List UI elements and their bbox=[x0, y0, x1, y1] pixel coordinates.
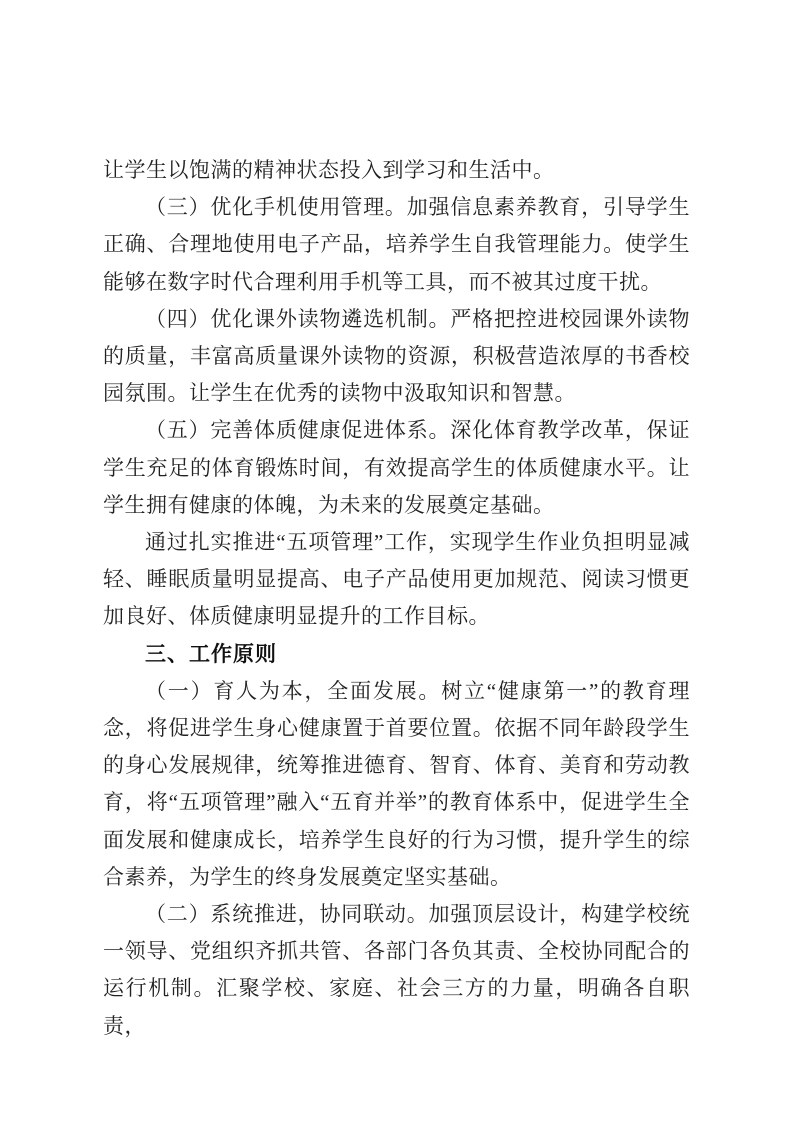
body-paragraph: （四）优化课外读物遴选机制。严格把控进校园课外读物的质量，丰富高质量课外读物的资… bbox=[103, 301, 690, 413]
body-paragraph: （一）育人为本，全面发展。树立“健康第一”的教育理念，将促进学生身心健康置于首要… bbox=[103, 673, 690, 896]
body-paragraph: 通过扎实推进“五项管理”工作，实现学生作业负担明显减轻、睡眠质量明显提高、电子产… bbox=[103, 524, 690, 636]
body-paragraph: （五）完善体质健康促进体系。深化体育教学改革，保证学生充足的体育锻炼时间，有效提… bbox=[103, 412, 690, 524]
section-heading: 三、工作原则 bbox=[103, 636, 690, 673]
body-paragraph: （三）优化手机使用管理。加强信息素养教育，引导学生正确、合理地使用电子产品，培养… bbox=[103, 189, 690, 301]
body-paragraph: 让学生以饱满的精神状态投入到学习和生活中。 bbox=[103, 152, 690, 189]
document-text-block: 让学生以饱满的精神状态投入到学习和生活中。（三）优化手机使用管理。加强信息素养教… bbox=[103, 152, 690, 1045]
document-page: 让学生以饱满的精神状态投入到学习和生活中。（三）优化手机使用管理。加强信息素养教… bbox=[0, 0, 793, 1122]
body-paragraph: （二）系统推进，协同联动。加强顶层设计，构建学校统一领导、党组织齐抓共管、各部门… bbox=[103, 896, 690, 1045]
